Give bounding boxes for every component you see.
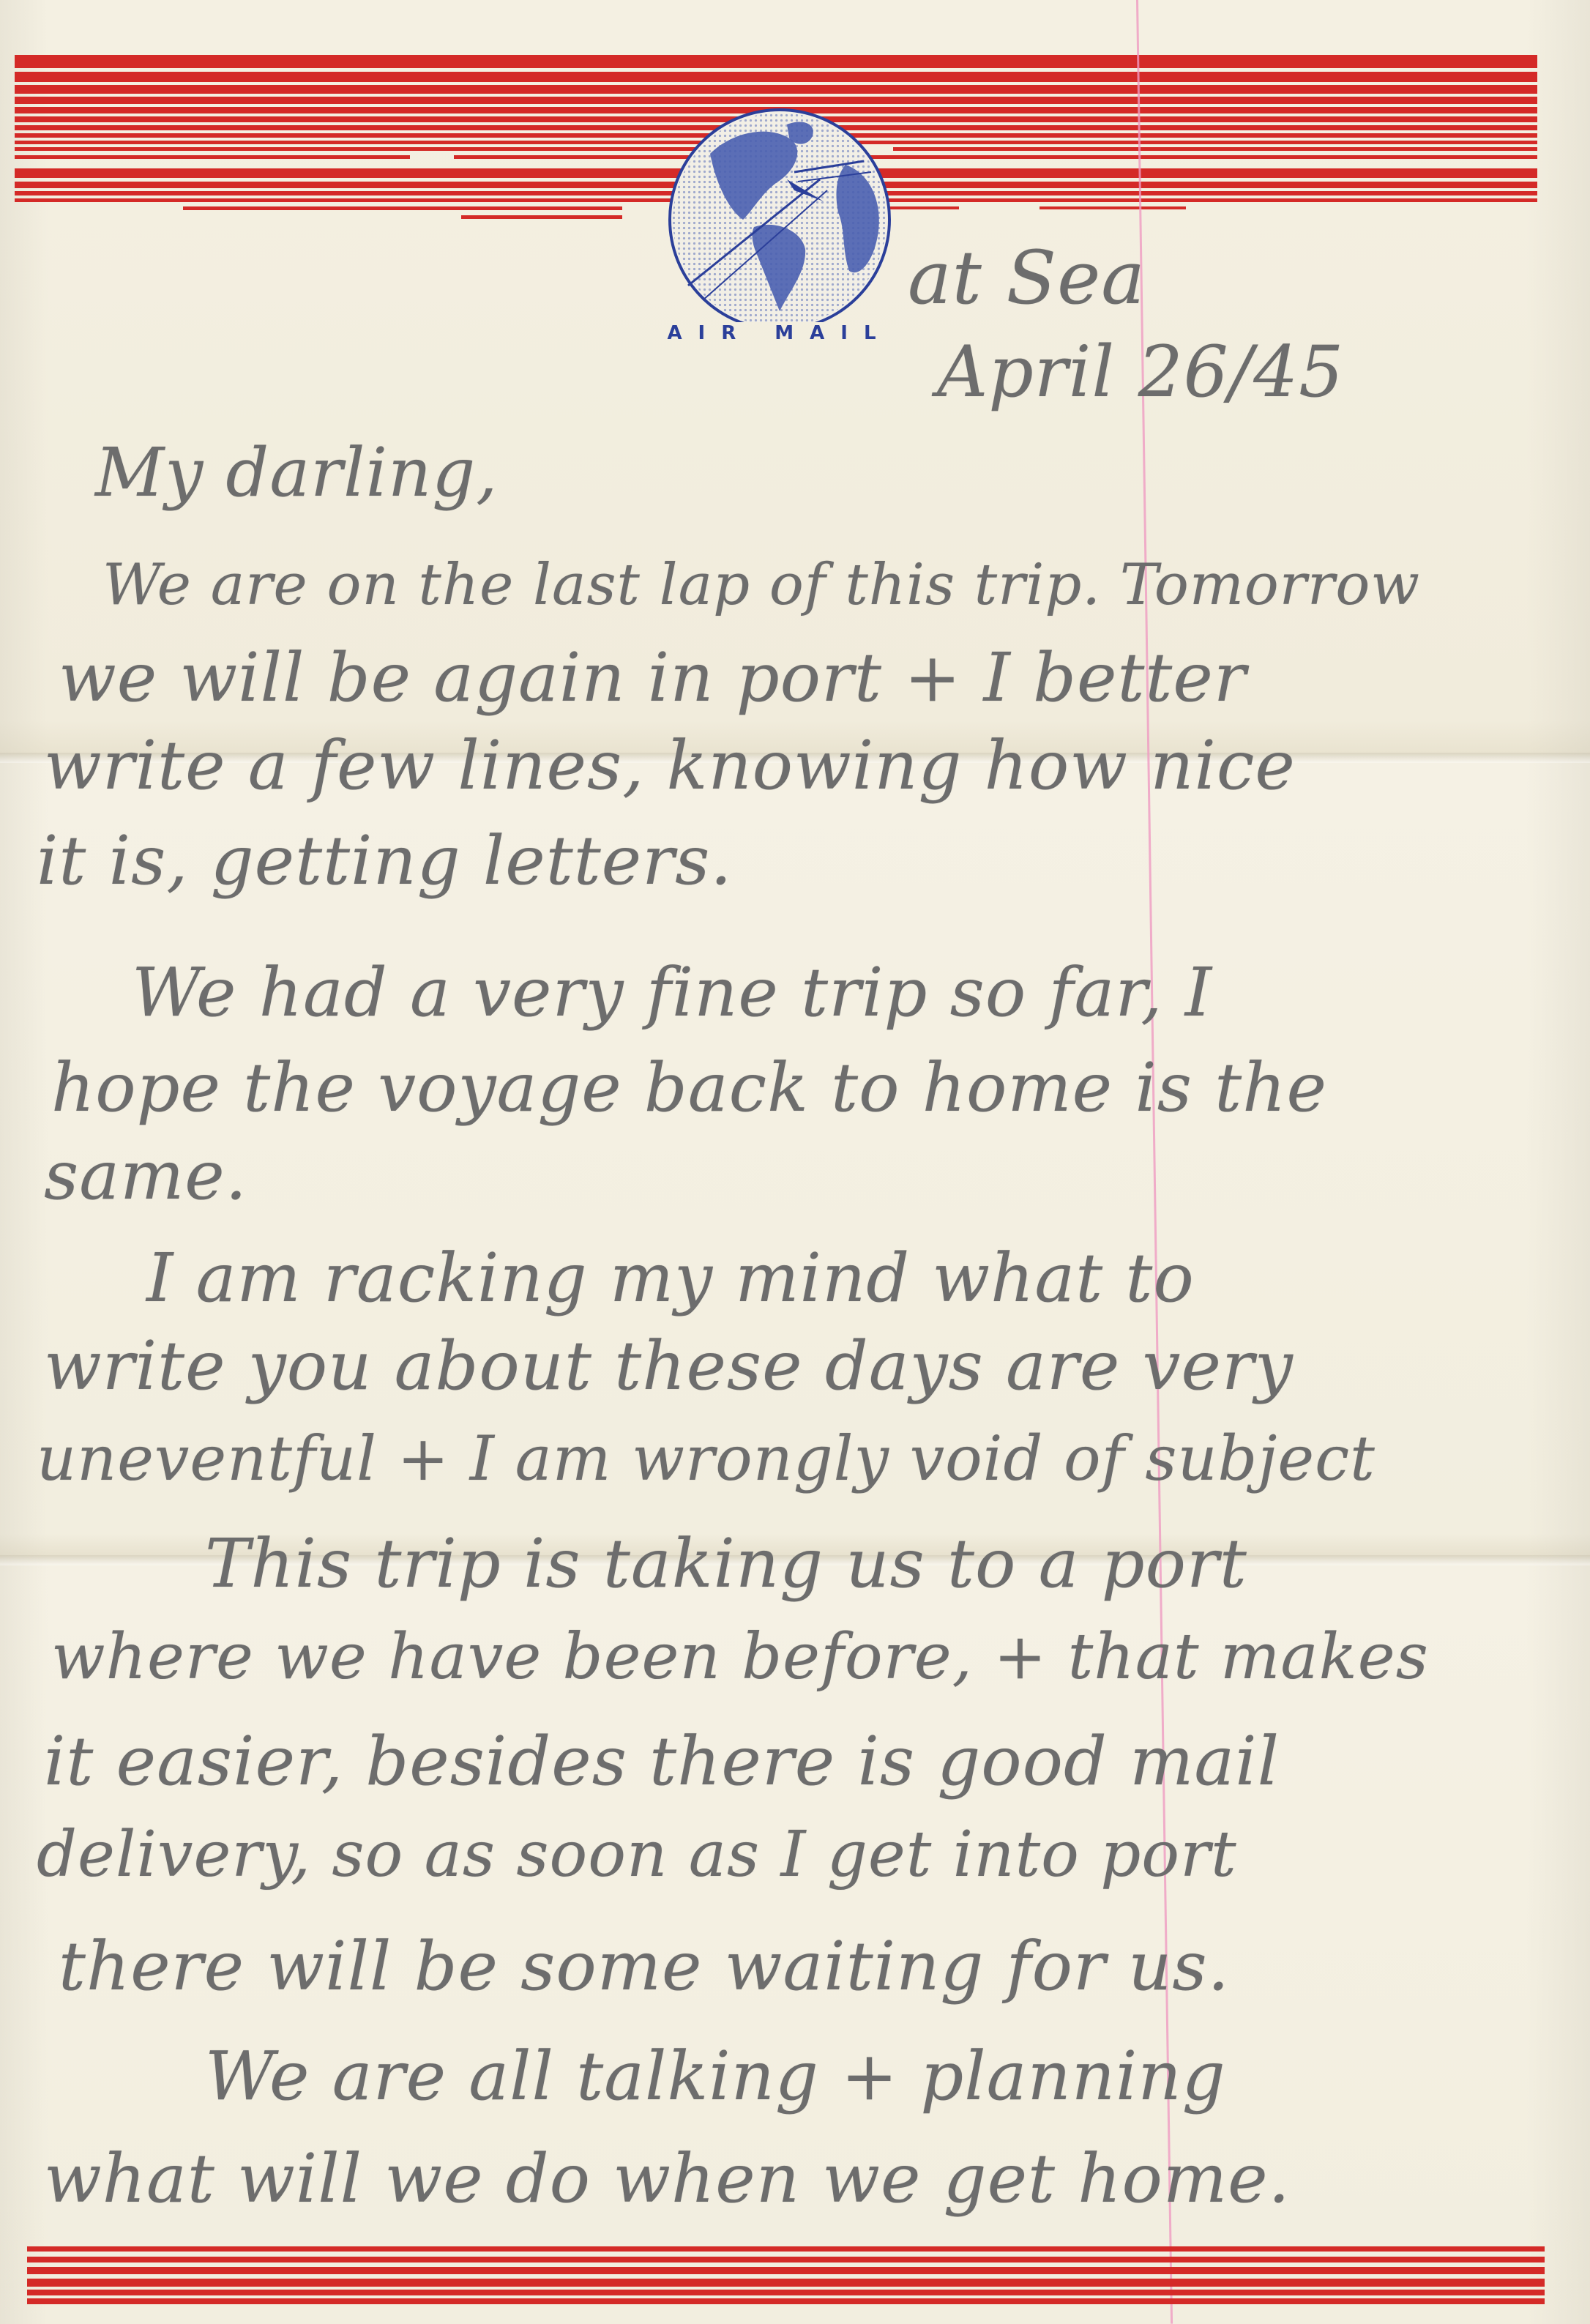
letter-line: hope the voyage back to home is the (51, 1054, 1327, 1122)
letter-line: we will be again in port + I better (59, 644, 1247, 712)
letter-line: This trip is taking us to a port (205, 1530, 1247, 1598)
letter-line: there will be some waiting for us. (59, 1933, 1230, 2000)
airmail-footer-stripes (27, 2245, 1545, 2303)
letter-line: what will we do when we get home. (44, 2145, 1291, 2213)
letter-line: where we have been before, + that makes (51, 1625, 1429, 1688)
letter-line: We had a very fine trip so far, I (132, 959, 1212, 1027)
letter-line: I am racking my mind what to (146, 1245, 1195, 1312)
letter-place: at Sea (908, 242, 1146, 315)
letter-sheet: AIR MAIL at Sea April 26/45 My darling, … (0, 0, 1590, 2324)
letter-salutation: My darling, (95, 439, 498, 507)
letter-line: write a few lines, knowing how nice (44, 732, 1296, 800)
letter-line: it easier, besides there is good mail (44, 1728, 1280, 1795)
letter-line: delivery, so as soon as I get into port (37, 1823, 1237, 1886)
globe-icon (666, 103, 893, 322)
letter-line: We are all talking + planning (205, 2043, 1226, 2110)
letter-line: same. (44, 1142, 247, 1210)
letter-date: April 26/45 (937, 337, 1344, 407)
letter-line: uneventful + I am wrongly void of subjec… (37, 1428, 1376, 1489)
letter-line: it is, getting letters. (37, 827, 733, 895)
letter-line: We are on the last lap of this trip. Tom… (102, 556, 1420, 614)
airmail-label: AIR MAIL (666, 322, 893, 344)
letter-line: write you about these days are very (44, 1333, 1294, 1400)
airmail-globe-logo: AIR MAIL (666, 103, 893, 351)
